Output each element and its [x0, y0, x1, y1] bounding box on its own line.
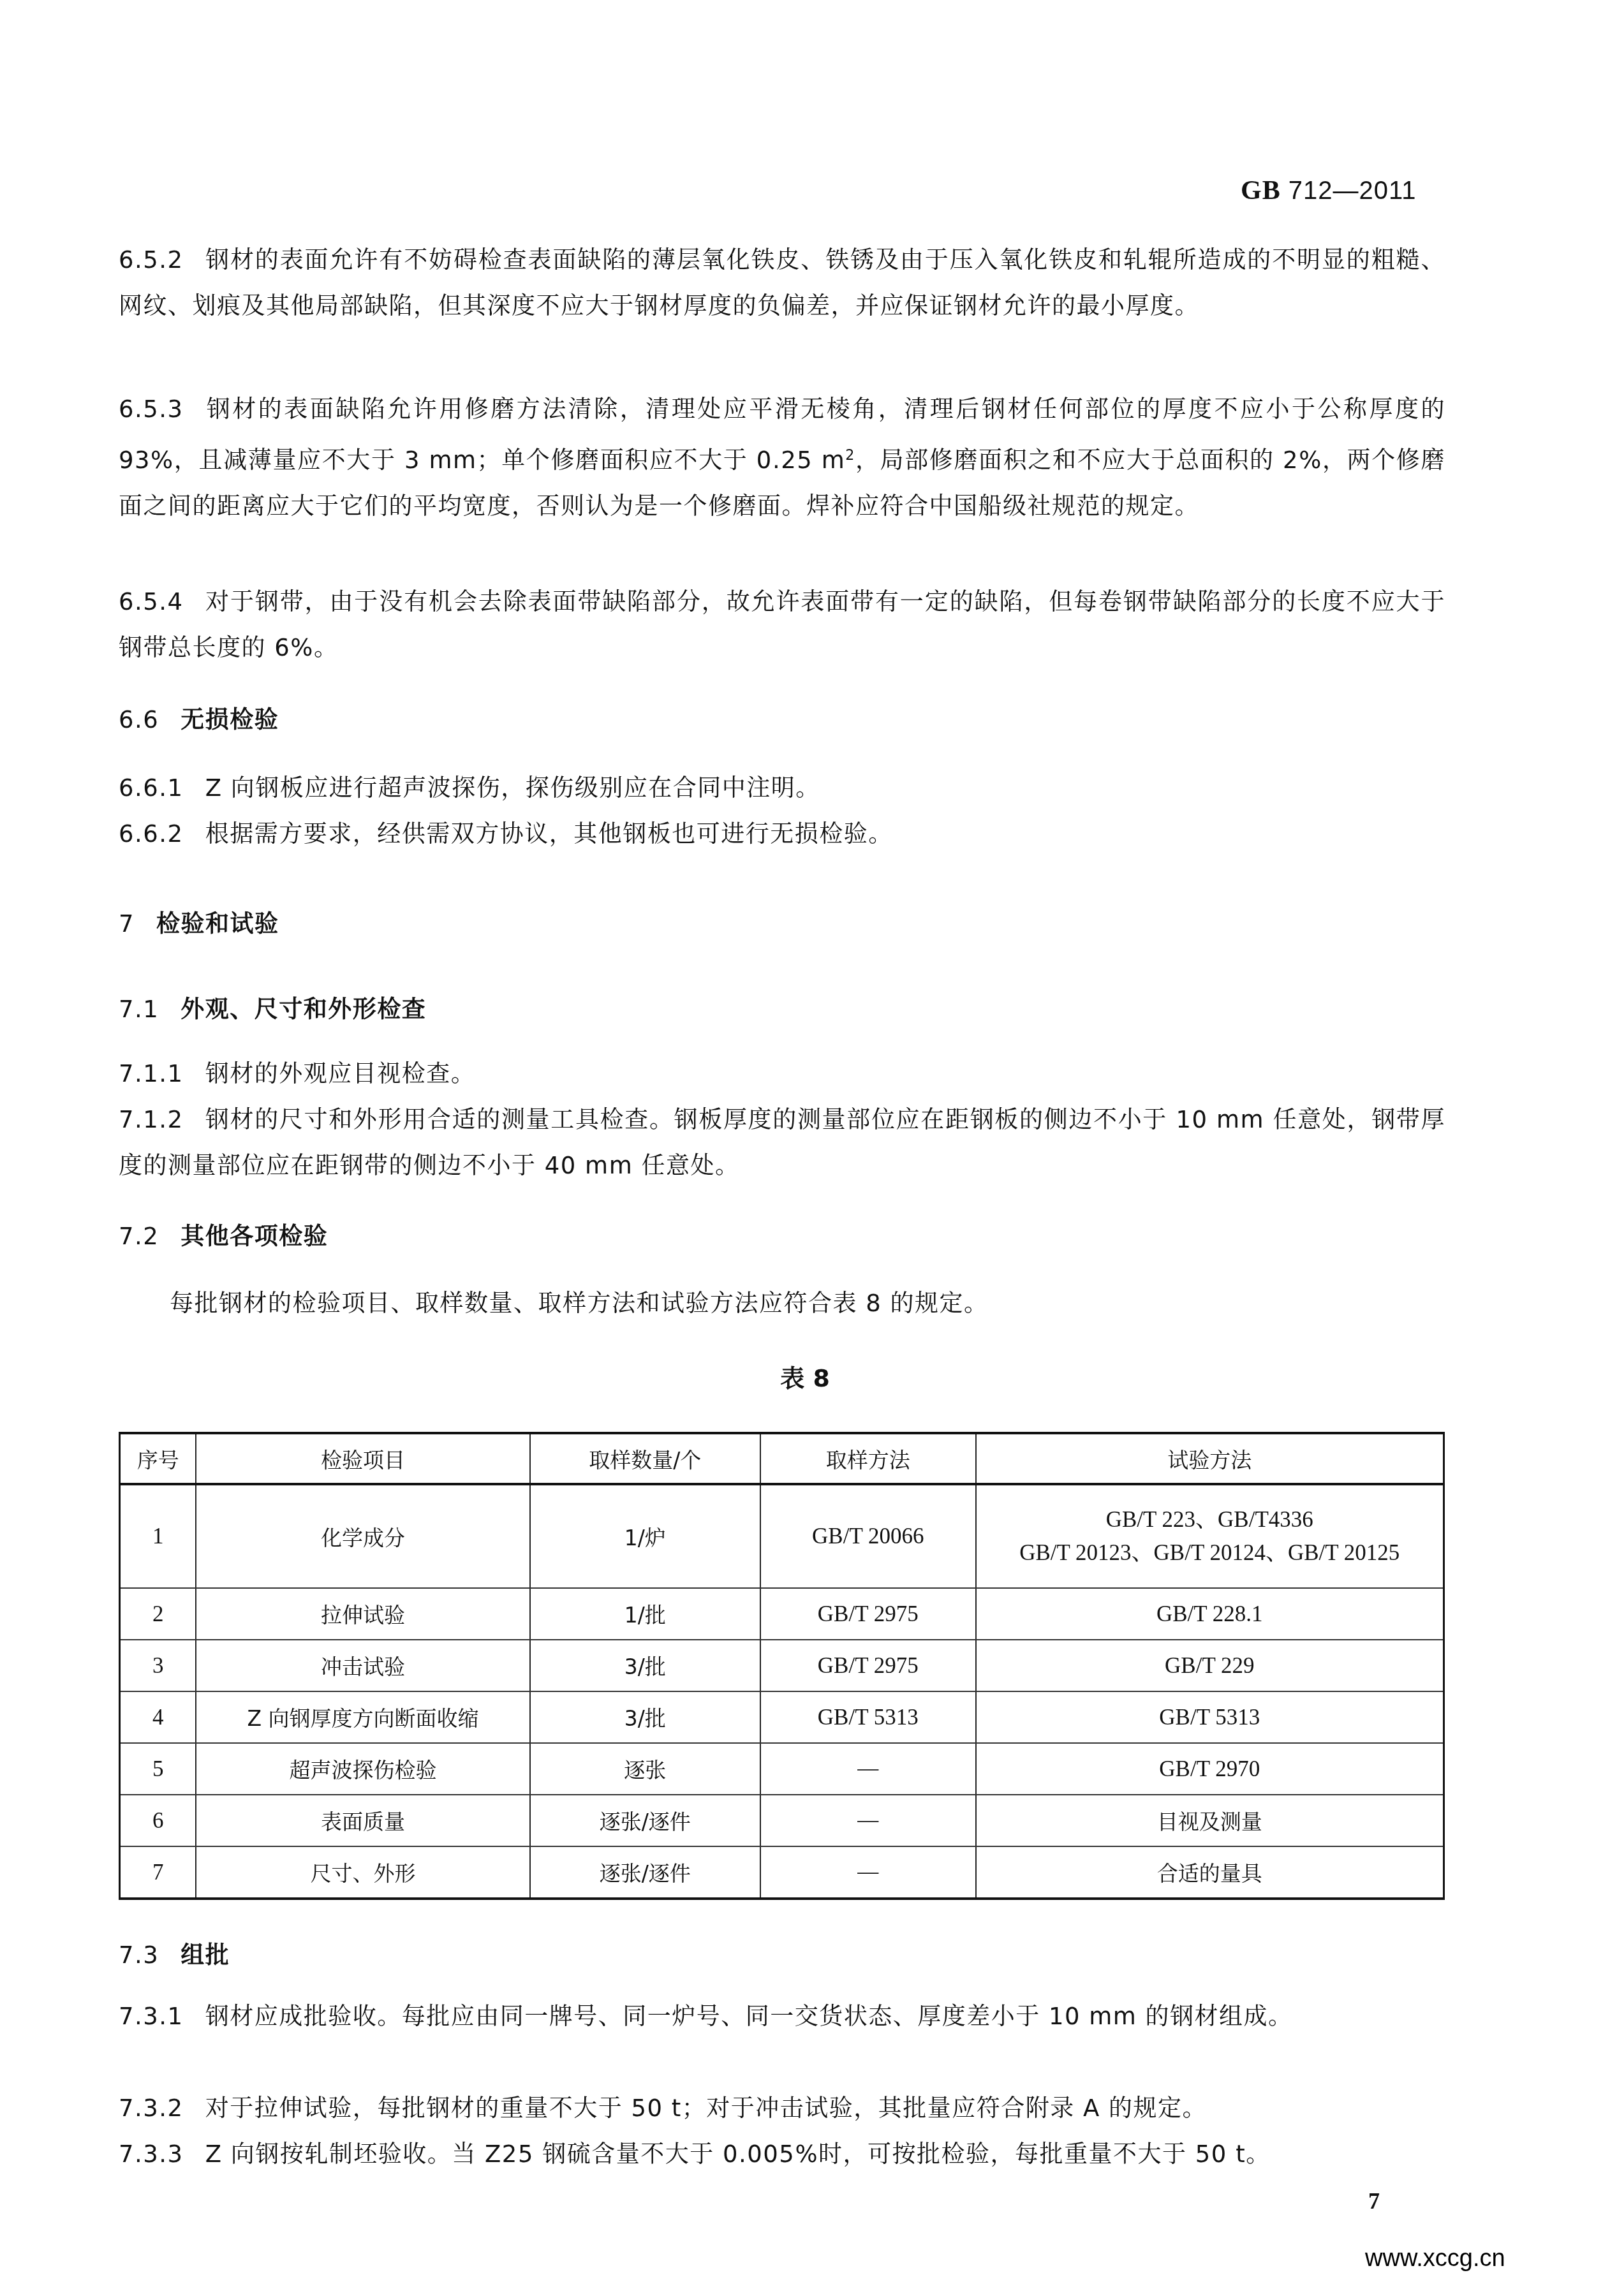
- cell-qty: 逐张/逐件: [530, 1795, 760, 1846]
- heading-7-1: 7.1外观、尺寸和外形检查: [119, 990, 426, 1024]
- cell-sampling: GB/T 2975: [760, 1588, 976, 1640]
- cell-method: 合适的量具: [976, 1846, 1444, 1899]
- cell-qty: 3/批: [530, 1640, 760, 1691]
- cell-no: 1: [120, 1484, 196, 1588]
- superscript: 2: [845, 447, 855, 464]
- clause-7-1-2: 7.1.2钢材的尺寸和外形用合适的测量工具检查。钢板厚度的测量部位应在距钢板的侧…: [119, 1097, 1445, 1189]
- page-number: 7: [1368, 2188, 1380, 2214]
- clause-text: 钢材的尺寸和外形用合适的测量工具检查。钢板厚度的测量部位应在距钢板的侧边不小于 …: [119, 1106, 1445, 1179]
- heading-7: 7检验和试验: [119, 904, 279, 939]
- column-header-item: 检验项目: [196, 1433, 529, 1484]
- cell-method: GB/T 223、GB/T4336 GB/T 20123、GB/T 20124、…: [976, 1484, 1444, 1588]
- table-row: 5 超声波探伤检验 逐张 — GB/T 2970: [120, 1743, 1444, 1795]
- clause-6-5-3: 6.5.3钢材的表面缺陷允许用修磨方法清除，清理处应平滑无棱角，清理后钢材任何部…: [119, 386, 1445, 529]
- clause-number: 6.6.1: [119, 774, 184, 802]
- column-header-no: 序号: [120, 1433, 196, 1484]
- cell-qty: 1/炉: [530, 1484, 760, 1588]
- table-header-row: 序号 检验项目 取样数量/个 取样方法 试验方法: [120, 1433, 1444, 1484]
- cell-item: 冲击试验: [196, 1640, 529, 1691]
- clause-text: 对于钢带，由于没有机会去除表面带缺陷部分，故允许表面带有一定的缺陷，但每卷钢带缺…: [119, 588, 1445, 661]
- cell-method: GB/T 228.1: [976, 1588, 1444, 1640]
- heading-number: 7.2: [119, 1223, 159, 1250]
- clause-text: 钢材的外观应目视检查。: [205, 1060, 476, 1087]
- clause-6-5-2: 6.5.2钢材的表面允许有不妨碍检查表面缺陷的薄层氧化铁皮、铁锈及由于压入氧化铁…: [119, 237, 1445, 329]
- clause-6-5-4: 6.5.4对于钢带，由于没有机会去除表面带缺陷部分，故允许表面带有一定的缺陷，但…: [119, 579, 1445, 671]
- standard-prefix: GB: [1241, 176, 1281, 205]
- clause-7-3-2: 7.3.2对于拉伸试验，每批钢材的重量不大于 50 t；对于冲击试验，其批量应符…: [119, 2086, 1445, 2131]
- cell-sampling: GB/T 20066: [760, 1484, 976, 1588]
- heading-number: 6.6: [119, 706, 159, 733]
- clause-6-6-2: 6.6.2根据需方要求，经供需双方协议，其他钢板也可进行无损检验。: [119, 811, 1445, 857]
- cell-method: GB/T 2970: [976, 1743, 1444, 1795]
- heading-title: 组批: [181, 1941, 230, 1969]
- column-header-sampling: 取样方法: [760, 1433, 976, 1484]
- cell-qty: 3/批: [530, 1691, 760, 1743]
- watermark: www.xccg.cn: [1365, 2245, 1505, 2272]
- table-row: 1 化学成分 1/炉 GB/T 20066 GB/T 223、GB/T4336 …: [120, 1484, 1444, 1588]
- clause-number: 6.5.2: [119, 246, 184, 274]
- clause-number: 6.5.4: [119, 588, 184, 615]
- heading-number: 7.1: [119, 996, 159, 1023]
- clause-number: 7.3.3: [119, 2140, 184, 2168]
- cell-no: 2: [120, 1588, 196, 1640]
- method-line-1: GB/T 223、GB/T4336: [977, 1503, 1443, 1536]
- clause-7-1-1: 7.1.1钢材的外观应目视检查。: [119, 1051, 1445, 1097]
- cell-no: 5: [120, 1743, 196, 1795]
- cell-qty: 逐张: [530, 1743, 760, 1795]
- cell-qty: 逐张/逐件: [530, 1846, 760, 1899]
- cell-item: 尺寸、外形: [196, 1846, 529, 1899]
- cell-method: GB/T 5313: [976, 1691, 1444, 1743]
- heading-number: 7.3: [119, 1941, 159, 1969]
- column-header-qty: 取样数量/个: [530, 1433, 760, 1484]
- cell-sampling: GB/T 2975: [760, 1640, 976, 1691]
- table-row: 2 拉伸试验 1/批 GB/T 2975 GB/T 228.1: [120, 1588, 1444, 1640]
- clause-text: 钢材应成批验收。每批应由同一牌号、同一炉号、同一交货状态、厚度差小于 10 mm…: [205, 2003, 1293, 2030]
- cell-item: 化学成分: [196, 1484, 529, 1588]
- clause-7-3-3: 7.3.3Z 向钢按轧制坯验收。当 Z25 钢硫含量不大于 0.005%时，可按…: [119, 2131, 1445, 2177]
- table-row: 4 Z 向钢厚度方向断面收缩 3/批 GB/T 5313 GB/T 5313: [120, 1691, 1444, 1743]
- clause-text: 根据需方要求，经供需双方协议，其他钢板也可进行无损检验。: [205, 820, 893, 848]
- method-line-2: GB/T 20123、GB/T 20124、GB/T 20125: [977, 1536, 1443, 1570]
- paragraph-7-2-body: 每批钢材的检验项目、取样数量、取样方法和试验方法应符合表 8 的规定。: [119, 1281, 1445, 1327]
- clause-7-3-1: 7.3.1钢材应成批验收。每批应由同一牌号、同一炉号、同一交货状态、厚度差小于 …: [119, 1994, 1445, 2040]
- clause-text: Z 向钢按轧制坯验收。当 Z25 钢硫含量不大于 0.005%时，可按批检验，每…: [205, 2140, 1271, 2168]
- cell-item: 拉伸试验: [196, 1588, 529, 1640]
- cell-sampling: GB/T 5313: [760, 1691, 976, 1743]
- cell-sampling: —: [760, 1795, 976, 1846]
- table-row: 3 冲击试验 3/批 GB/T 2975 GB/T 229: [120, 1640, 1444, 1691]
- clause-text: 钢材的表面允许有不妨碍检查表面缺陷的薄层氧化铁皮、铁锈及由于压入氧化铁皮和轧辊所…: [119, 246, 1445, 320]
- clause-number: 7.3.2: [119, 2094, 184, 2122]
- clause-number: 6.5.3: [119, 395, 184, 423]
- heading-title: 检验和试验: [156, 910, 279, 938]
- cell-method: 目视及测量: [976, 1795, 1444, 1846]
- cell-qty: 1/批: [530, 1588, 760, 1640]
- table-row: 7 尺寸、外形 逐张/逐件 — 合适的量具: [120, 1846, 1444, 1899]
- table-row: 6 表面质量 逐张/逐件 — 目视及测量: [120, 1795, 1444, 1846]
- clause-text: 对于拉伸试验，每批钢材的重量不大于 50 t；对于冲击试验，其批量应符合附录 A…: [205, 2094, 1207, 2122]
- table-title: 表 8: [0, 1358, 1610, 1394]
- cell-no: 6: [120, 1795, 196, 1846]
- standard-number: 712—2011: [1289, 177, 1417, 205]
- cell-no: 3: [120, 1640, 196, 1691]
- cell-method: GB/T 229: [976, 1640, 1444, 1691]
- standard-code: GB 712—2011: [1241, 175, 1417, 206]
- cell-no: 4: [120, 1691, 196, 1743]
- cell-item: 超声波探伤检验: [196, 1743, 529, 1795]
- cell-item: Z 向钢厚度方向断面收缩: [196, 1691, 529, 1743]
- clause-number: 6.6.2: [119, 820, 184, 848]
- cell-sampling: —: [760, 1743, 976, 1795]
- clause-6-6-1: 6.6.1Z 向钢板应进行超声波探伤，探伤级别应在合同中注明。: [119, 765, 1445, 811]
- clause-number: 7.3.1: [119, 2003, 184, 2030]
- heading-title: 无损检验: [181, 706, 279, 733]
- heading-7-2: 7.2其他各项检验: [119, 1217, 328, 1251]
- cell-item: 表面质量: [196, 1795, 529, 1846]
- cell-sampling: —: [760, 1846, 976, 1899]
- clause-number: 7.1.1: [119, 1060, 184, 1087]
- clause-text: Z 向钢板应进行超声波探伤，探伤级别应在合同中注明。: [205, 774, 820, 802]
- cell-no: 7: [120, 1846, 196, 1899]
- heading-number: 7: [119, 910, 135, 938]
- heading-title: 其他各项检验: [181, 1223, 328, 1250]
- heading-title: 外观、尺寸和外形检查: [181, 996, 426, 1023]
- clause-number: 7.1.2: [119, 1106, 184, 1133]
- heading-6-6: 6.6无损检验: [119, 700, 279, 735]
- column-header-method: 试验方法: [976, 1433, 1444, 1484]
- heading-7-3: 7.3组批: [119, 1936, 230, 1970]
- table-8: 序号 检验项目 取样数量/个 取样方法 试验方法 1 化学成分 1/炉 GB/T…: [119, 1432, 1445, 1900]
